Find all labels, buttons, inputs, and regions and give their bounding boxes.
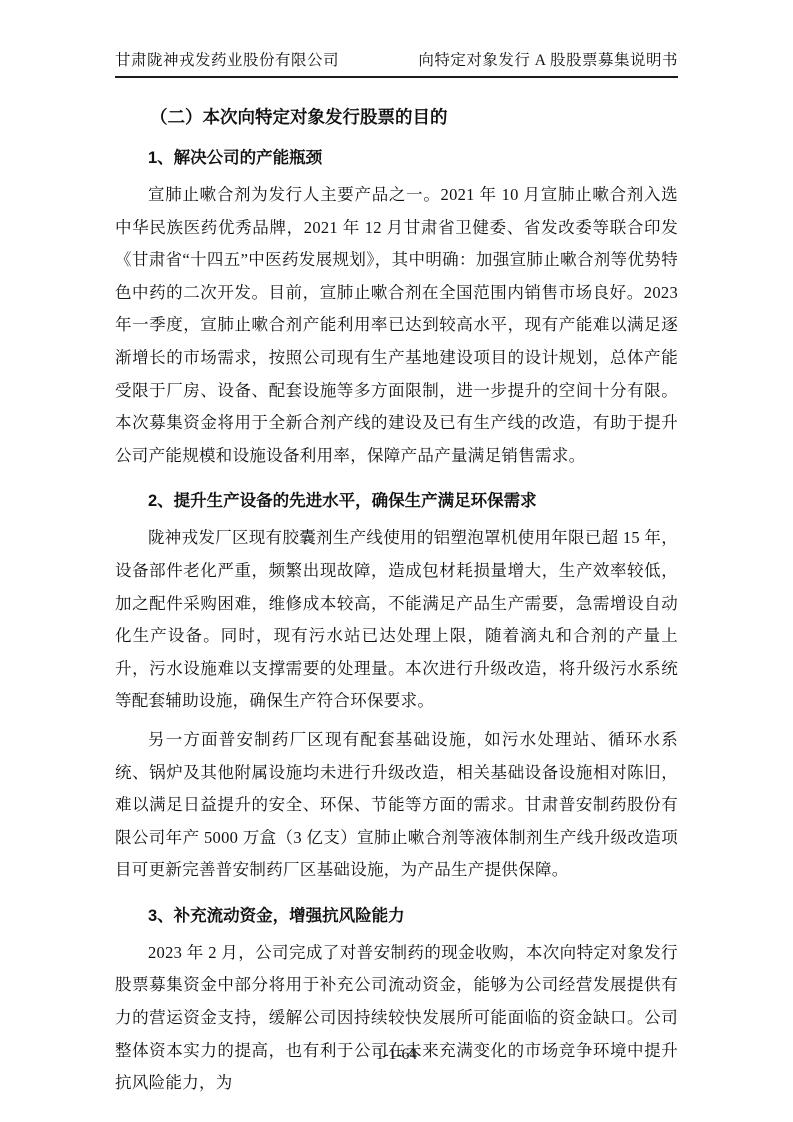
subsection-2-paragraph-1: 陇神戎发厂区现有胶囊剂生产线使用的铝塑泡罩机使用年限已超 15 年，设备部件老化… — [115, 522, 678, 718]
subsection-1-heading: 1、解决公司的产能瓶颈 — [115, 146, 678, 170]
document-page: 甘肃陇神戎发药业股份有限公司 向特定对象发行 A 股股票募集说明书 （二）本次向… — [0, 0, 793, 1122]
subsection-2-heading: 2、提升生产设备的先进水平，确保生产满足环保需求 — [115, 489, 678, 513]
subsection-3-heading: 3、补充流动资金，增强抗风险能力 — [115, 904, 678, 928]
page-header: 甘肃陇神戎发药业股份有限公司 向特定对象发行 A 股股票募集说明书 — [115, 50, 678, 78]
subsection-3-paragraph: 2023 年 2 月，公司完成了对普安制药的现金收购，本次向特定对象发行股票募集… — [115, 937, 678, 1100]
page-number: 1-1-64 — [0, 1046, 793, 1064]
section-title: （二）本次向特定对象发行股票的目的 — [115, 105, 678, 129]
header-doc-title: 向特定对象发行 A 股股票募集说明书 — [418, 50, 678, 71]
header-company-name: 甘肃陇神戎发药业股份有限公司 — [115, 50, 339, 71]
subsection-2-paragraph-2: 另一方面普安制药厂区现有配套基础设施，如污水处理站、循环水系统、锅炉及其他附属设… — [115, 724, 678, 887]
subsection-1-paragraph: 宣肺止嗽合剂为发行人主要产品之一。2021 年 10 月宣肺止嗽合剂入选中华民族… — [115, 179, 678, 472]
